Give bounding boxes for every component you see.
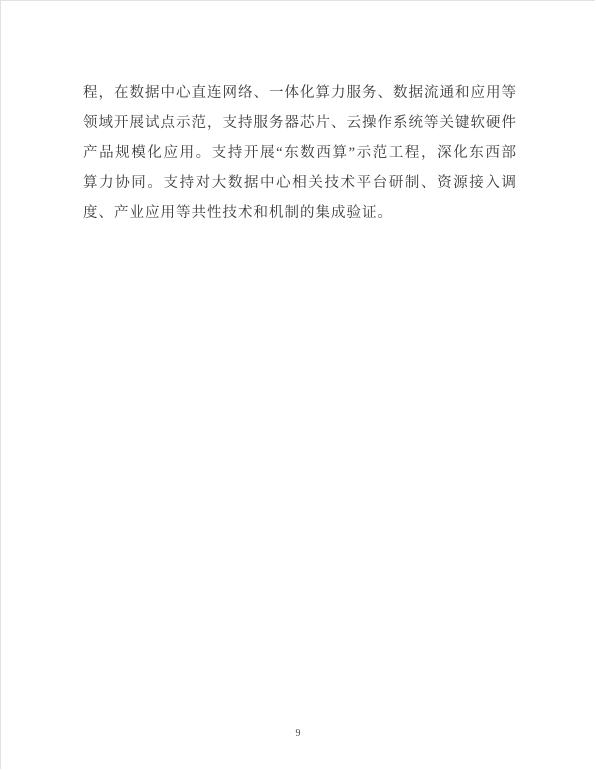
body-paragraph: 程，在数据中心直连网络、一体化算力服务、数据流通和应用等 领域开展试点示范，支持… xyxy=(83,78,516,228)
paragraph-line-5: 度、产业应用等共性技术和机制的集成验证。 xyxy=(83,198,516,228)
page-number: 9 xyxy=(1,727,595,741)
document-page: 程，在数据中心直连网络、一体化算力服务、数据流通和应用等 领域开展试点示范，支持… xyxy=(0,0,595,769)
paragraph-line-2: 领域开展试点示范，支持服务器芯片、云操作系统等关键软硬件 xyxy=(83,108,516,138)
paragraph-line-1: 程，在数据中心直连网络、一体化算力服务、数据流通和应用等 xyxy=(83,78,516,108)
paragraph-line-3: 产品规模化应用。支持开展“东数西算”示范工程，深化东西部 xyxy=(83,138,516,168)
paragraph-line-4: 算力协同。支持对大数据中心相关技术平台研制、资源接入调 xyxy=(83,168,516,198)
document-viewport: 程，在数据中心直连网络、一体化算力服务、数据流通和应用等 领域开展试点示范，支持… xyxy=(0,0,596,770)
